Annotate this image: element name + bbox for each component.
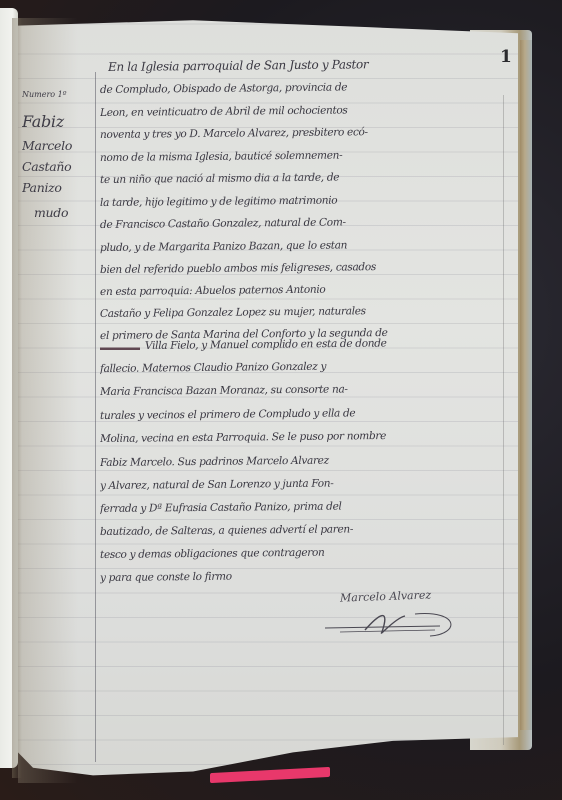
body-line: y para que conste lo firmo (100, 570, 330, 584)
book-fore-edge (520, 40, 532, 730)
margin-line: mudo (34, 205, 108, 220)
struck-out-word (100, 345, 140, 352)
margin-line: Panizo (22, 180, 96, 195)
margin-entry-number: Numero 1º (22, 90, 96, 99)
pink-tab (210, 767, 330, 783)
signature-rubric-icon (320, 608, 470, 638)
margin-ruling-line (95, 72, 96, 762)
margin-line: Castaño (22, 159, 96, 174)
margin-line: Fabiz (22, 112, 96, 131)
spine-shadow (12, 18, 22, 778)
margin-line: Marcelo (22, 138, 96, 153)
